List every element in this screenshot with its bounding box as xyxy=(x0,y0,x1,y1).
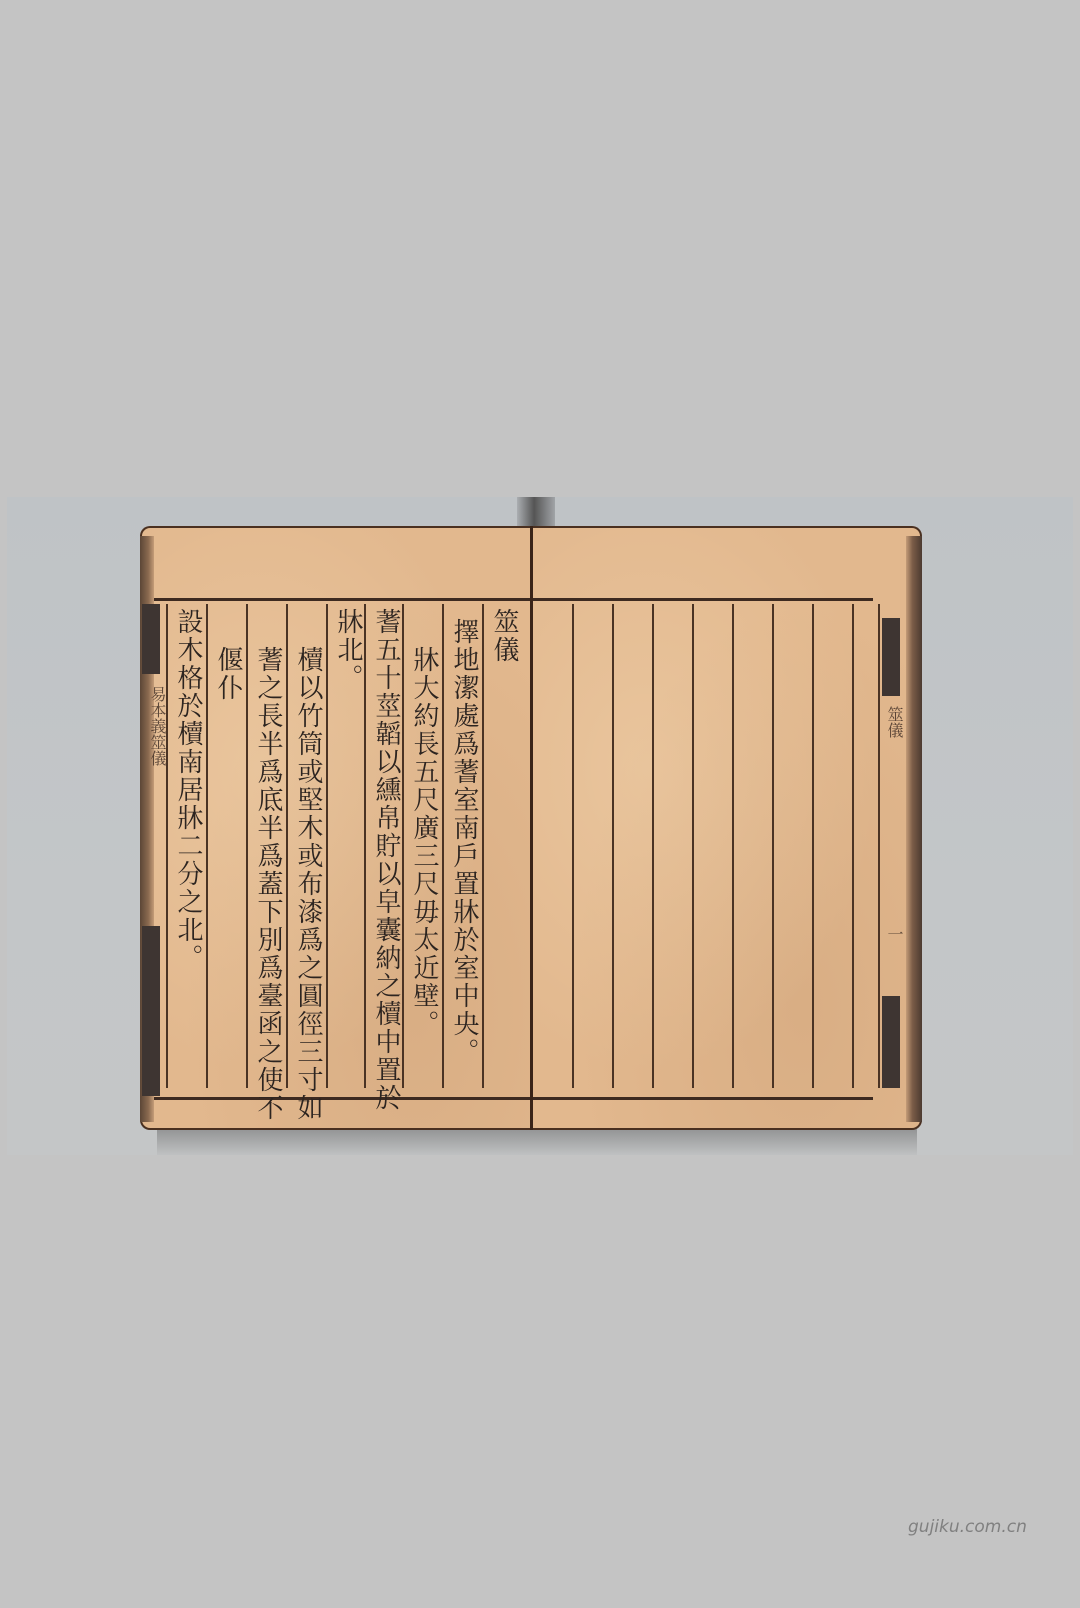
column-rule xyxy=(482,604,484,1088)
column-rule xyxy=(612,604,614,1088)
text-column: 牀大約長五尺廣三尺毋太近壁。 xyxy=(406,646,442,1038)
text-column: 蓍之長半爲底半爲蓋下別爲臺函之使不 xyxy=(250,646,286,1122)
column-rule xyxy=(206,604,208,1088)
text-column: 櫝以竹筒或堅木或布漆爲之圓徑三寸如 xyxy=(290,646,326,1122)
column-rule xyxy=(812,604,814,1088)
column-rule xyxy=(286,604,288,1088)
column-rule xyxy=(692,604,694,1088)
text-column-heading: 筮儀 xyxy=(486,608,522,664)
fish-tail-mark xyxy=(882,996,900,1088)
text-column-subheading: 偃仆 xyxy=(210,646,246,702)
page-number: 一 xyxy=(883,926,906,942)
column-rule xyxy=(652,604,654,1088)
fish-tail-mark xyxy=(142,604,160,674)
right-page-frame xyxy=(533,598,873,1100)
column-rule xyxy=(878,604,880,1088)
text-column: 牀北。 xyxy=(330,608,366,692)
column-rule xyxy=(166,604,168,1088)
open-book: 易本義筮儀 筮儀 擇地潔處爲蓍室南戶置牀於室中央。 牀大約長五尺廣三尺毋太近壁。… xyxy=(140,526,922,1130)
column-rule xyxy=(442,604,444,1088)
column-rule xyxy=(732,604,734,1088)
text-column: 蓍五十莖韜以纁帛貯以皁囊納之櫝中置於 xyxy=(368,608,404,1112)
fish-tail-mark xyxy=(142,926,160,1096)
spine-shadow xyxy=(517,497,555,527)
book-shadow xyxy=(157,1127,917,1155)
column-rule xyxy=(326,604,328,1088)
column-rule xyxy=(772,604,774,1088)
text-column: 擇地潔處爲蓍室南戶置牀於室中央。 xyxy=(446,618,482,1066)
column-rule xyxy=(852,604,854,1088)
column-rule xyxy=(572,604,574,1088)
margin-label: 筮儀 xyxy=(883,706,906,738)
fish-tail-mark xyxy=(882,618,900,696)
watermark: gujiku.com.cn xyxy=(908,1517,1027,1537)
text-column: 設木格於櫝南居牀二分之北。 xyxy=(170,608,206,972)
right-page-edge xyxy=(906,536,922,1122)
column-rule xyxy=(246,604,248,1088)
